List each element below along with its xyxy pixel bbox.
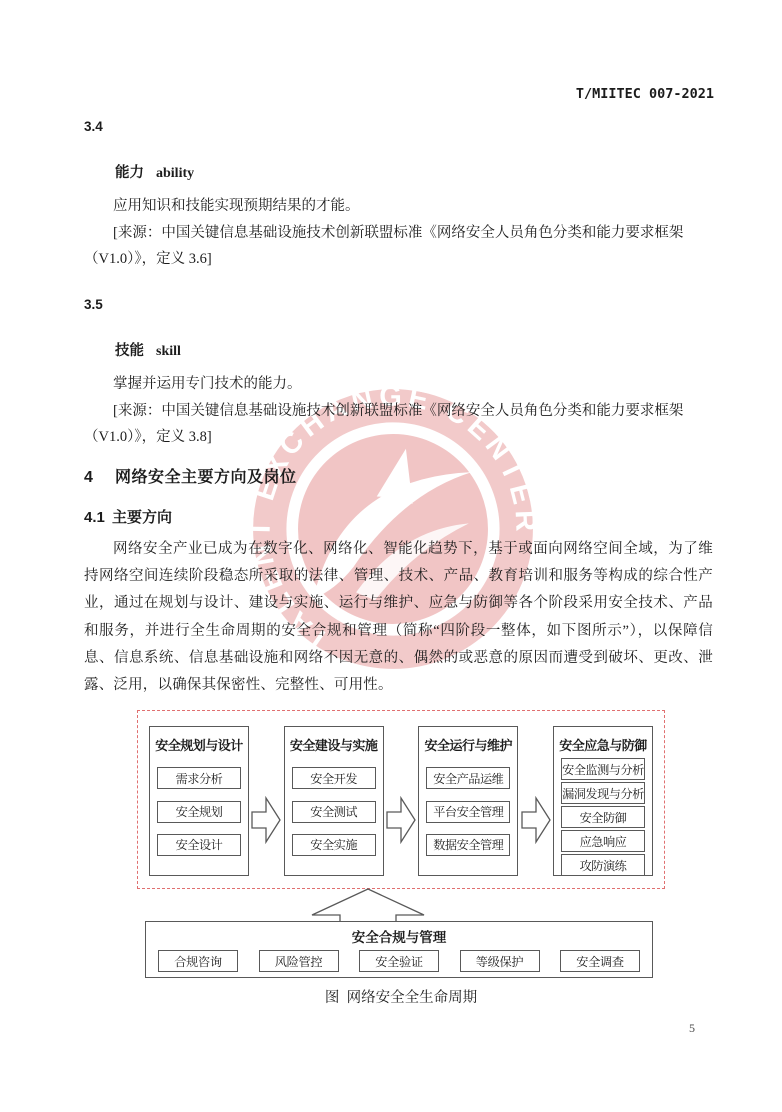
compliance-items-row: 合规咨询风险管控安全验证等级保护安全调查 [146, 950, 652, 972]
stage-item: 安全规划 [157, 801, 241, 823]
term-line-skill: 技能skill [115, 339, 181, 360]
compliance-item: 风险管控 [259, 950, 339, 972]
stage-item: 安全防御 [561, 806, 645, 828]
compliance-item: 安全调查 [560, 950, 640, 972]
stage-items: 安全产品运维平台安全管理数据安全管理 [422, 757, 514, 866]
subsection-number: 4.1 [84, 509, 112, 526]
stage-items: 安全监测与分析漏洞发现与分析安全防御应急响应攻防演练 [557, 757, 649, 877]
clause-3-5-number: 3.5 [84, 297, 103, 312]
flow-arrow-icon [251, 796, 281, 844]
figure-caption: 图 网络安全全生命周期 [137, 986, 665, 1007]
chapter-number: 4 [84, 469, 115, 487]
subsection-title: 主要方向 [112, 509, 172, 526]
clause-3-4-number: 3.4 [84, 119, 103, 134]
up-arrow-icon [310, 888, 426, 923]
source-note: [来源：中国关键信息基础设施技术创新联盟标准《网络安全人员角色分类和能力要求框架 [84, 224, 716, 242]
page-number: 5 [689, 1021, 695, 1036]
term-en: skill [156, 344, 181, 359]
stage-title: 安全建设与实施 [288, 735, 380, 754]
stage-item: 安全开发 [292, 767, 376, 789]
stage-item: 安全测试 [292, 801, 376, 823]
stage-item: 需求分析 [157, 767, 241, 789]
term-cn: 技能 [115, 343, 144, 359]
stage-title: 安全运行与维护 [422, 735, 514, 754]
compliance-item: 安全验证 [359, 950, 439, 972]
stage-item: 安全监测与分析 [561, 758, 645, 780]
stage-item: 平台安全管理 [426, 801, 510, 823]
doc-number: T/MIITEC 007-2021 [576, 86, 714, 102]
term-line-ability: 能力ability [115, 161, 194, 182]
stage-title: 安全应急与防御 [557, 735, 649, 754]
lifecycle-dashed-frame: 安全规划与设计需求分析安全规划安全设计安全建设与实施安全开发安全测试安全实施安全… [137, 710, 665, 889]
stage-item: 安全设计 [157, 834, 241, 856]
definition-text: 掌握并运用专门技术的能力。 [84, 375, 716, 393]
stage-item: 安全实施 [292, 834, 376, 856]
source-note: （V1.0）》，定义 3.6] [84, 250, 716, 268]
chapter-title: 网络安全主要方向及岗位 [115, 469, 297, 486]
flow-arrow-icon [521, 796, 551, 844]
stage-item: 攻防演练 [561, 854, 645, 876]
flow-arrow-icon [386, 796, 416, 844]
compliance-item: 合规咨询 [158, 950, 238, 972]
stage-title: 安全规划与设计 [153, 735, 245, 754]
source-note: [来源：中国关键信息基础设施技术创新联盟标准《网络安全人员角色分类和能力要求框架 [84, 402, 716, 420]
stage-item: 应急响应 [561, 830, 645, 852]
chapter-heading: 4网络安全主要方向及岗位 [84, 464, 297, 487]
compliance-item: 等级保护 [460, 950, 540, 972]
compliance-title: 安全合规与管理 [146, 926, 652, 946]
compliance-box: 安全合规与管理 合规咨询风险管控安全验证等级保护安全调查 [145, 921, 653, 978]
stage-column: 安全应急与防御安全监测与分析漏洞发现与分析安全防御应急响应攻防演练 [553, 726, 653, 876]
source-note: （V1.0）》，定义 3.8] [84, 428, 716, 446]
lifecycle-stages-row: 安全规划与设计需求分析安全规划安全设计安全建设与实施安全开发安全测试安全实施安全… [149, 726, 653, 876]
main-paragraph: 网络安全产业已成为在数字化、网络化、智能化趋势下，基于或面向网络空间全域，为了维… [84, 536, 713, 699]
stage-item: 漏洞发现与分析 [561, 782, 645, 804]
stage-item: 数据安全管理 [426, 834, 510, 856]
term-en: ability [156, 166, 194, 181]
stage-column: 安全运行与维护安全产品运维平台安全管理数据安全管理 [418, 726, 518, 876]
stage-item: 安全产品运维 [426, 767, 510, 789]
subsection-heading: 4.1主要方向 [84, 506, 172, 527]
stage-items: 需求分析安全规划安全设计 [153, 757, 245, 866]
term-cn: 能力 [115, 165, 144, 181]
stage-column: 安全规划与设计需求分析安全规划安全设计 [149, 726, 249, 876]
stage-column: 安全建设与实施安全开发安全测试安全实施 [284, 726, 384, 876]
definition-text: 应用知识和技能实现预期结果的才能。 [84, 197, 716, 215]
stage-items: 安全开发安全测试安全实施 [288, 757, 380, 866]
document-page: TALENT EXCHANGE CENTER T/MIITEC 007-2021… [0, 0, 782, 1112]
